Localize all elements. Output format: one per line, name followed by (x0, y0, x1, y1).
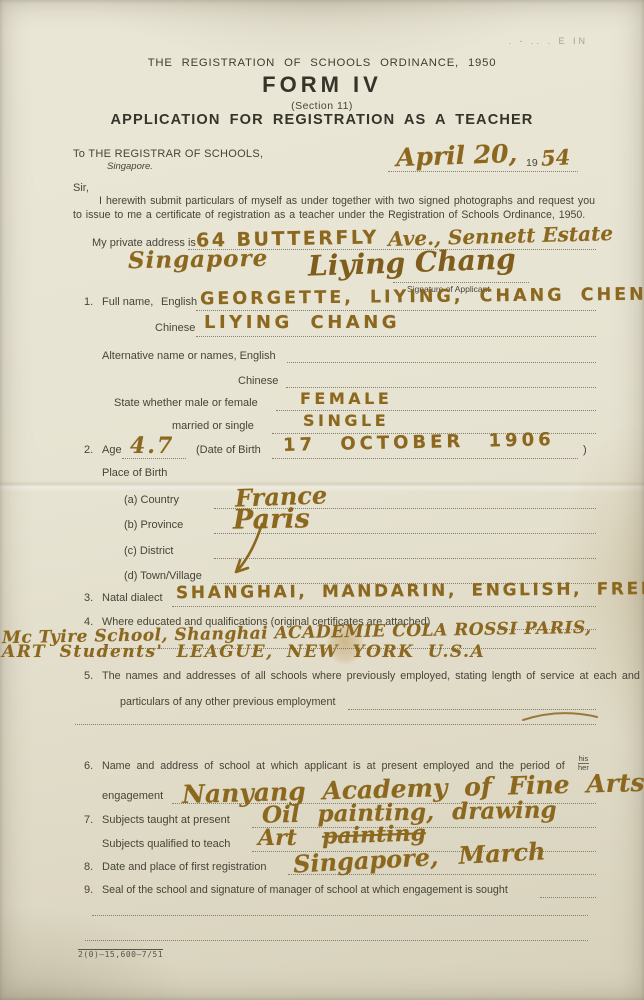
q1-gender-value: FEMALE (300, 389, 392, 408)
q3-label: Natal dialect (102, 592, 163, 604)
q6-engagement-label: engagement (102, 790, 163, 802)
q9-line2 (92, 915, 588, 916)
q9-label: Seal of the school and signature of mana… (102, 884, 508, 896)
q1-chinese-line (196, 336, 596, 337)
address-value-line2: Singapore (128, 245, 269, 274)
q1-gender-label: State whether male or female (114, 397, 258, 409)
q6-label: Name and address of school at which appl… (102, 760, 565, 772)
q2-district-label: (c) District (124, 545, 174, 557)
faded-stamp: . - .. . E IN (508, 36, 588, 46)
q2-dob-label: (Date of Birth (196, 444, 261, 456)
q5-label-line1: The names and addresses of all schools w… (102, 670, 640, 682)
q7-taught-label: Subjects taught at present (102, 814, 230, 826)
q2-number: 2. (84, 444, 93, 456)
q1-alt-line (287, 362, 596, 363)
q1-english-line (196, 310, 596, 311)
q1-alt-chinese-label: Chinese (238, 375, 278, 387)
salutation: Sir, (73, 182, 89, 194)
q1-marital-value: SINGLE (303, 411, 389, 430)
addressee-city: Singapore. (107, 161, 153, 172)
q1-english-label: English (161, 296, 197, 308)
q7-qualified-label: Subjects qualified to teach (102, 838, 230, 850)
handdrawn-arrow-icon (222, 520, 270, 587)
form-title: FORM IV (0, 72, 644, 98)
q1-number: 1. (84, 296, 93, 308)
q8-label: Date and place of first registration (102, 861, 266, 873)
q1-chinese-label: Chinese (155, 322, 195, 334)
addressee-line: To THE REGISTRAR OF SCHOOLS, (73, 148, 263, 160)
q2-country-label: (a) Country (124, 494, 179, 506)
date-handwritten: April 20, (396, 139, 518, 172)
year-handwritten: 54 (540, 144, 571, 170)
q8-number: 8. (84, 861, 93, 873)
print-code: 2(0)—15,600—7/51 (78, 950, 163, 959)
q4-value-line2: ART Students' LEAGUE, NEW YORK U.S.A (2, 642, 485, 662)
q2-dob-close: ) (583, 444, 587, 456)
q1-english-value: GEORGETTE, LIYING, CHANG CHEN (200, 285, 644, 310)
q6-number: 6. (84, 760, 93, 772)
q2-province-label: (b) Province (124, 519, 183, 531)
q2-dob-value: 17 OCTOBER 1906 (283, 429, 555, 456)
q1-alt-chinese-line (286, 387, 596, 388)
q2-dob-line (272, 458, 578, 459)
application-title: APPLICATION FOR REGISTRATION AS A TEACHE… (0, 112, 644, 128)
q2-age-value: 4.7 (130, 433, 174, 459)
pen-squiggle-icon (520, 710, 600, 729)
q5-number: 5. (84, 670, 93, 682)
q9-number: 9. (84, 884, 93, 896)
scanned-form-page: . - .. . E IN THE REGISTRATION OF SCHOOL… (0, 0, 644, 1000)
q9-line3 (85, 940, 588, 941)
q5-label-line2: particulars of any other previous employ… (120, 696, 335, 708)
q1-chinese-value: LIYING CHANG (204, 312, 400, 333)
year-printed: 19 (526, 157, 538, 169)
q7-number: 7. (84, 814, 93, 826)
section-subtitle: (Section 11) (0, 100, 644, 112)
q2-district-line (214, 558, 596, 559)
q3-number: 3. (84, 592, 93, 604)
q2-town-label: (d) Town/Village (124, 570, 202, 582)
applicant-signature: Liying Chang (307, 242, 516, 282)
signature-line (393, 282, 529, 283)
q2-pob-label: Place of Birth (102, 467, 167, 479)
letter-body: I herewith submit particulars of myself … (73, 194, 595, 222)
q1-label: Full name, (102, 296, 153, 308)
q3-line (172, 606, 596, 607)
q3-value: SHANGHAI, MANDARIN, ENGLISH, FRENCH (176, 579, 644, 603)
q9-line1 (540, 897, 596, 898)
q5-line2 (75, 724, 596, 725)
q1-alt-label: Alternative name or names, English (102, 350, 276, 362)
q1-marital-label: married or single (172, 420, 254, 432)
ordinance-title: THE REGISTRATION OF SCHOOLS ORDINANCE, 1… (0, 57, 644, 69)
q2-age-label: Age (102, 444, 122, 456)
q7-qualified-value: Art (258, 825, 297, 851)
